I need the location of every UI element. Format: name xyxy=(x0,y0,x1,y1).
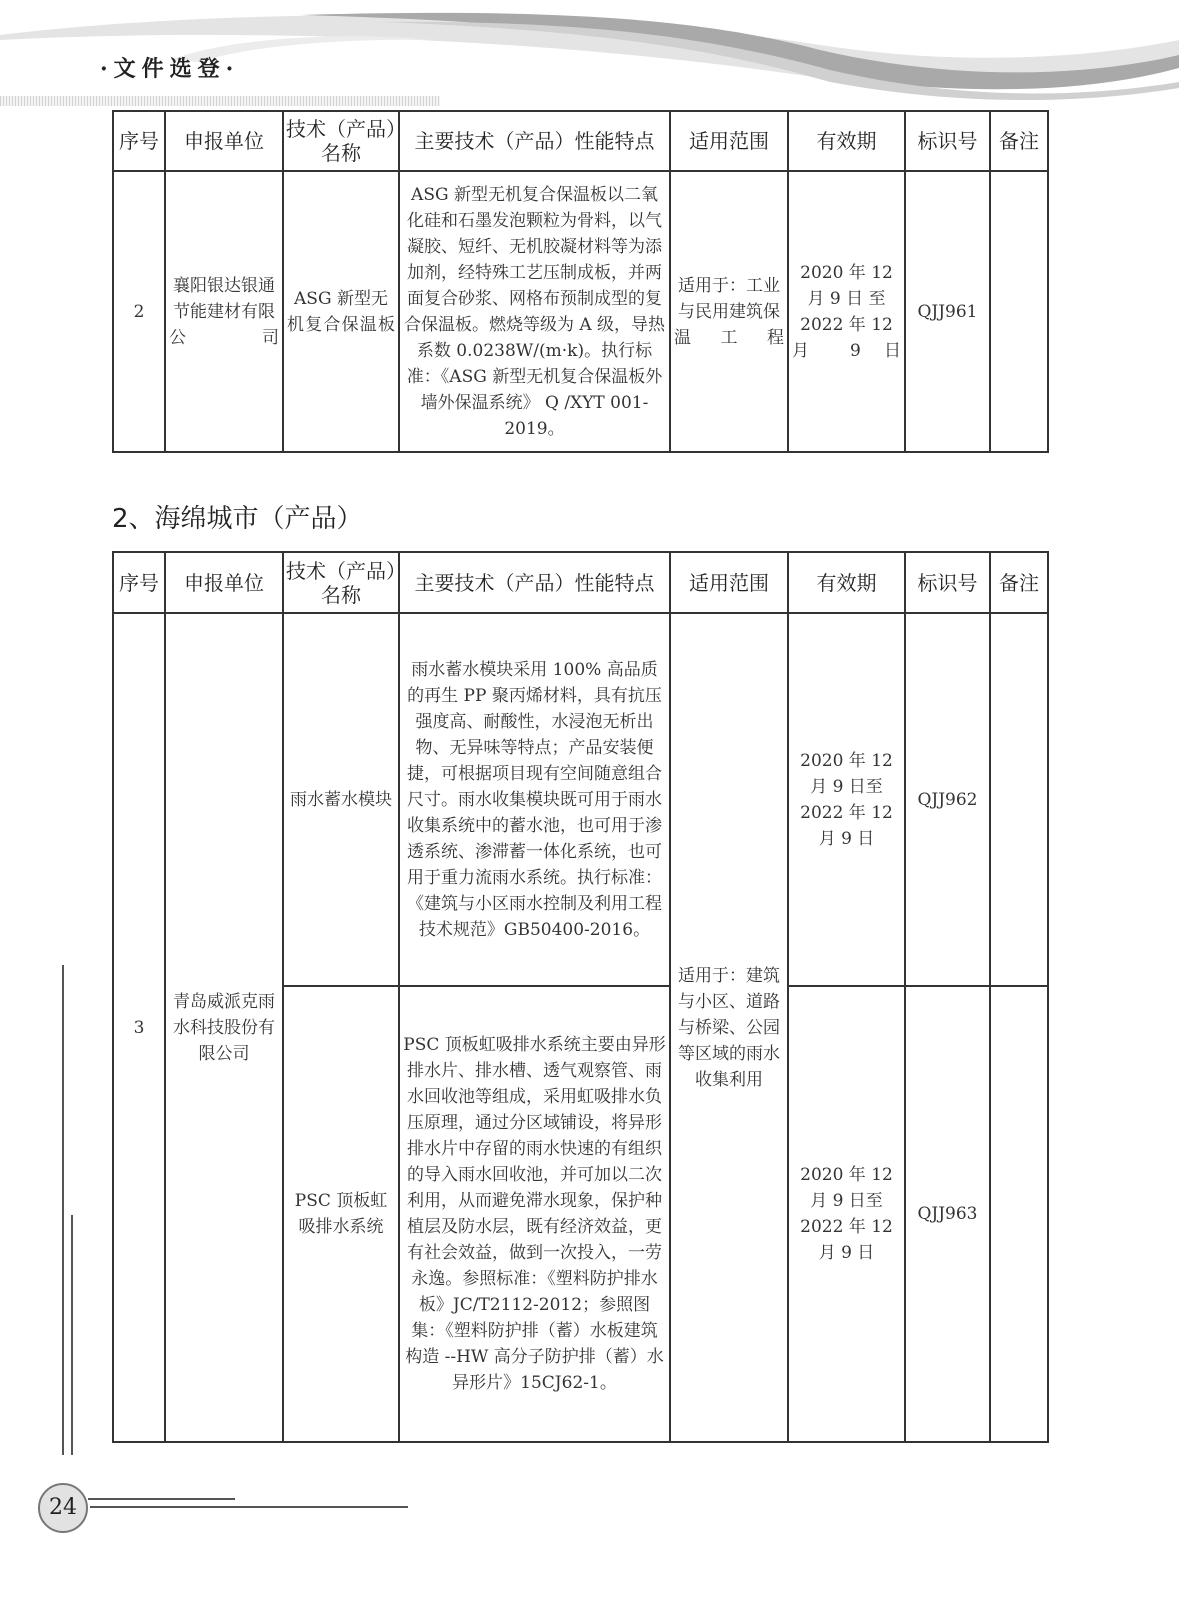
footer-vertical-rule xyxy=(71,1215,73,1455)
cell-id: QJJ961 xyxy=(905,171,990,452)
cell-features: PSC 顶板虹吸排水系统主要由异形排水片、排水槽、透气观察管、雨水回收池等组成，… xyxy=(399,986,670,1442)
header-dotted-band xyxy=(0,96,440,106)
header-features: 主要技术（产品）性能特点 xyxy=(399,552,670,613)
cell-notes xyxy=(990,613,1048,986)
cell-notes xyxy=(990,171,1048,452)
header-features: 主要技术（产品）性能特点 xyxy=(399,111,670,171)
header-scope: 适用范围 xyxy=(670,552,788,613)
header-unit: 申报单位 xyxy=(165,552,283,613)
cell-seq: 2 xyxy=(113,171,165,452)
header-seq: 序号 xyxy=(113,552,165,613)
table-row: 3 青岛威派克雨水科技股份有限公司 雨水蓄水模块 雨水蓄水模块采用 100% 高… xyxy=(113,613,1048,986)
cell-validity: 2020 年 12 月 9 日 至 2022 年 12 月 9 日 xyxy=(788,171,905,452)
header-unit: 申报单位 xyxy=(165,111,283,171)
header-validity: 有效期 xyxy=(788,111,905,171)
footer-horizontal-rule xyxy=(88,1498,235,1500)
header-validity: 有效期 xyxy=(788,552,905,613)
header-seq: 序号 xyxy=(113,111,165,171)
footer-vertical-rule xyxy=(62,965,64,1455)
table-header-row: 序号 申报单位 技术（产品）名称 主要技术（产品）性能特点 适用范围 有效期 标… xyxy=(113,552,1048,613)
table-header-row: 序号 申报单位 技术（产品）名称 主要技术（产品）性能特点 适用范围 有效期 标… xyxy=(113,111,1048,171)
header-scope: 适用范围 xyxy=(670,111,788,171)
cell-id: QJJ963 xyxy=(905,986,990,1442)
cell-id: QJJ962 xyxy=(905,613,990,986)
cell-name: 雨水蓄水模块 xyxy=(283,613,399,986)
header-notes: 备注 xyxy=(990,552,1048,613)
footer-horizontal-rule xyxy=(90,1506,408,1508)
cell-validity: 2020 年 12 月 9 日至 2022 年 12 月 9 日 xyxy=(788,986,905,1442)
product-table-2: 序号 申报单位 技术（产品）名称 主要技术（产品）性能特点 适用范围 有效期 标… xyxy=(112,551,1049,1443)
table-row: 2 襄阳银达银通节能建材有限公司 ASG 新型无机复合保温板 ASG 新型无机复… xyxy=(113,171,1048,452)
cell-features: 雨水蓄水模块采用 100% 高品质的再生 PP 聚丙烯材料，具有抗压强度高、耐酸… xyxy=(399,613,670,986)
cell-seq: 3 xyxy=(113,613,165,1442)
cell-notes xyxy=(990,986,1048,1442)
cell-unit: 青岛威派克雨水科技股份有限公司 xyxy=(165,613,283,1442)
header-notes: 备注 xyxy=(990,111,1048,171)
cell-validity: 2020 年 12 月 9 日至 2022 年 12 月 9 日 xyxy=(788,613,905,986)
cell-features: ASG 新型无机复合保温板以二氧化硅和石墨发泡颗粒为骨料，以气凝胶、短纤、无机胶… xyxy=(399,171,670,452)
page-number: 24 xyxy=(38,1483,88,1533)
header-id: 标识号 xyxy=(905,552,990,613)
section-heading-sponge-city: 2、海绵城市（产品） xyxy=(112,498,363,535)
cell-name: ASG 新型无机复合保温板 xyxy=(283,171,399,452)
cell-scope: 适用于：工业与民用建筑保温工程 xyxy=(670,171,788,452)
running-header-title: ·文件选登· xyxy=(100,52,239,83)
header-name: 技术（产品）名称 xyxy=(283,552,399,613)
cell-unit: 襄阳银达银通节能建材有限公司 xyxy=(165,171,283,452)
header-name: 技术（产品）名称 xyxy=(283,111,399,171)
cell-scope: 适用于：建筑与小区、道路与桥梁、公园等区域的雨水收集利用 xyxy=(670,613,788,1442)
header-id: 标识号 xyxy=(905,111,990,171)
cell-name: PSC 顶板虹吸排水系统 xyxy=(283,986,399,1442)
product-table-1: 序号 申报单位 技术（产品）名称 主要技术（产品）性能特点 适用范围 有效期 标… xyxy=(112,110,1049,453)
